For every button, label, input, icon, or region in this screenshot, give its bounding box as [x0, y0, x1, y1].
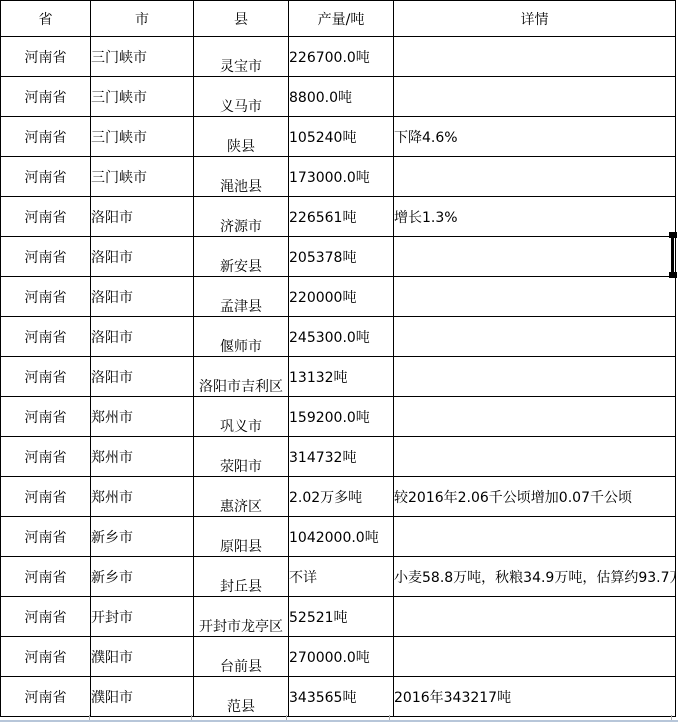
cell-county[interactable]: 偃师市 [194, 317, 289, 357]
cell-city[interactable]: 郑州市 [91, 397, 194, 437]
table-row: 河南省新乡市封丘县不详小麦58.8万吨，秋粮34.9万吨，估算约93.7万吨 [1, 557, 676, 597]
header-cell-province[interactable]: 省 [1, 1, 91, 37]
cell-county[interactable]: 陕县 [194, 117, 289, 157]
cell-province[interactable]: 河南省 [1, 517, 91, 557]
cell-province[interactable]: 河南省 [1, 677, 91, 717]
cell-county[interactable]: 灵宝市 [194, 37, 289, 77]
cell-city[interactable]: 濮阳市 [91, 677, 194, 717]
cell-city[interactable]: 洛阳市 [91, 277, 194, 317]
cell-city[interactable]: 三门峡市 [91, 77, 194, 117]
cell-production[interactable]: 8800.0吨 [289, 77, 394, 117]
cell-production[interactable]: 314732吨 [289, 437, 394, 477]
data-table: 省市县产量/吨详情 河南省三门峡市灵宝市226700.0吨河南省三门峡市义马市8… [0, 0, 676, 717]
table-body: 河南省三门峡市灵宝市226700.0吨河南省三门峡市义马市8800.0吨河南省三… [1, 37, 676, 717]
cell-province[interactable]: 河南省 [1, 557, 91, 597]
cell-city[interactable]: 三门峡市 [91, 157, 194, 197]
table-row: 河南省郑州市巩义市159200.0吨 [1, 397, 676, 437]
cell-city[interactable]: 新乡市 [91, 557, 194, 597]
cell-county[interactable]: 原阳县 [194, 517, 289, 557]
cell-province[interactable]: 河南省 [1, 237, 91, 277]
table-row: 河南省三门峡市灵宝市226700.0吨 [1, 37, 676, 77]
table-row: 河南省开封市开封市龙亭区52521吨 [1, 597, 676, 637]
cell-production[interactable]: 343565吨 [289, 677, 394, 717]
cell-county[interactable]: 渑池县 [194, 157, 289, 197]
cell-city[interactable]: 洛阳市 [91, 317, 194, 357]
cell-details[interactable] [394, 237, 676, 277]
cell-details[interactable] [394, 437, 676, 477]
cell-province[interactable]: 河南省 [1, 117, 91, 157]
cell-county[interactable]: 封丘县 [194, 557, 289, 597]
cell-county[interactable]: 开封市龙亭区 [194, 597, 289, 637]
cell-details[interactable] [394, 277, 676, 317]
cell-county[interactable]: 巩义市 [194, 397, 289, 437]
cell-details[interactable]: 较2016年2.06千公顷增加0.07千公顷 [394, 477, 676, 517]
cell-county[interactable]: 新安县 [194, 237, 289, 277]
cell-production[interactable]: 245300.0吨 [289, 317, 394, 357]
cell-details[interactable] [394, 357, 676, 397]
cell-city[interactable]: 郑州市 [91, 477, 194, 517]
cell-selection-border [671, 236, 674, 276]
table-row: 河南省三门峡市义马市8800.0吨 [1, 77, 676, 117]
cell-details[interactable]: 增长1.3% [394, 197, 676, 237]
cell-city[interactable]: 三门峡市 [91, 117, 194, 157]
table-row: 河南省洛阳市济源市226561吨增长1.3% [1, 197, 676, 237]
cell-province[interactable]: 河南省 [1, 277, 91, 317]
cell-production[interactable]: 226700.0吨 [289, 37, 394, 77]
table-row: 河南省郑州市惠济区2.02万多吨较2016年2.06千公顷增加0.07千公顷 [1, 477, 676, 517]
header-cell-production[interactable]: 产量/吨 [289, 1, 394, 37]
cell-details[interactable] [394, 597, 676, 637]
cell-production[interactable]: 13132吨 [289, 357, 394, 397]
table-row: 河南省洛阳市新安县205378吨 [1, 237, 676, 277]
cell-production[interactable]: 205378吨 [289, 237, 394, 277]
table-row: 河南省三门峡市渑池县173000.0吨 [1, 157, 676, 197]
cell-province[interactable]: 河南省 [1, 357, 91, 397]
cell-production[interactable]: 220000吨 [289, 277, 394, 317]
cell-city[interactable]: 开封市 [91, 597, 194, 637]
cell-province[interactable]: 河南省 [1, 437, 91, 477]
cell-county[interactable]: 义马市 [194, 77, 289, 117]
cell-city[interactable]: 新乡市 [91, 517, 194, 557]
cell-details[interactable] [394, 37, 676, 77]
cell-details[interactable] [394, 637, 676, 677]
cell-province[interactable]: 河南省 [1, 37, 91, 77]
cell-details[interactable] [394, 317, 676, 357]
cell-province[interactable]: 河南省 [1, 597, 91, 637]
table-row: 河南省三门峡市陕县105240吨下降4.6% [1, 117, 676, 157]
selection-handle-bottom[interactable] [669, 272, 677, 278]
cell-city[interactable]: 洛阳市 [91, 357, 194, 397]
cell-city[interactable]: 郑州市 [91, 437, 194, 477]
cell-province[interactable]: 河南省 [1, 477, 91, 517]
cell-production[interactable]: 226561吨 [289, 197, 394, 237]
cell-details[interactable] [394, 397, 676, 437]
header-cell-details[interactable]: 详情 [394, 1, 676, 37]
cell-details[interactable]: 小麦58.8万吨，秋粮34.9万吨，估算约93.7万吨 [394, 557, 676, 597]
header-row: 省市县产量/吨详情 [1, 1, 676, 37]
cell-details[interactable] [394, 77, 676, 117]
cell-city[interactable]: 濮阳市 [91, 637, 194, 677]
table-row: 河南省新乡市原阳县1042000.0吨 [1, 517, 676, 557]
table-row: 河南省洛阳市洛阳市吉利区13132吨 [1, 357, 676, 397]
cell-details[interactable] [394, 157, 676, 197]
cell-province[interactable]: 河南省 [1, 77, 91, 117]
table-row: 河南省濮阳市范县343565吨2016年343217吨 [1, 677, 676, 717]
cell-production[interactable]: 159200.0吨 [289, 397, 394, 437]
cell-county[interactable]: 惠济区 [194, 477, 289, 517]
cell-province[interactable]: 河南省 [1, 637, 91, 677]
header-cell-county[interactable]: 县 [194, 1, 289, 37]
cell-county[interactable]: 范县 [194, 677, 289, 717]
cell-county[interactable]: 济源市 [194, 197, 289, 237]
cell-production[interactable]: 270000.0吨 [289, 637, 394, 677]
cell-details[interactable] [394, 517, 676, 557]
header-cell-city[interactable]: 市 [91, 1, 194, 37]
cell-county[interactable]: 台前县 [194, 637, 289, 677]
cell-county[interactable]: 孟津县 [194, 277, 289, 317]
cell-county[interactable]: 荥阳市 [194, 437, 289, 477]
cell-production[interactable]: 不详 [289, 557, 394, 597]
cell-province[interactable]: 河南省 [1, 197, 91, 237]
cell-province[interactable]: 河南省 [1, 397, 91, 437]
cell-production[interactable]: 105240吨 [289, 117, 394, 157]
table-row: 河南省洛阳市偃师市245300.0吨 [1, 317, 676, 357]
cell-city[interactable]: 洛阳市 [91, 197, 194, 237]
cell-county[interactable]: 洛阳市吉利区 [194, 357, 289, 397]
cell-city[interactable]: 三门峡市 [91, 37, 194, 77]
cell-province[interactable]: 河南省 [1, 157, 91, 197]
selection-handle-top[interactable] [669, 232, 677, 238]
cell-production[interactable]: 1042000.0吨 [289, 517, 394, 557]
table-row: 河南省洛阳市孟津县220000吨 [1, 277, 676, 317]
table-row: 河南省郑州市荥阳市314732吨 [1, 437, 676, 477]
cell-province[interactable]: 河南省 [1, 317, 91, 357]
cell-details[interactable]: 2016年343217吨 [394, 677, 676, 717]
spreadsheet-view: 省市县产量/吨详情 河南省三门峡市灵宝市226700.0吨河南省三门峡市义马市8… [0, 0, 678, 722]
cell-production[interactable]: 2.02万多吨 [289, 477, 394, 517]
cell-details[interactable]: 下降4.6% [394, 117, 676, 157]
cell-production[interactable]: 52521吨 [289, 597, 394, 637]
table-row: 河南省濮阳市台前县270000.0吨 [1, 637, 676, 677]
cell-production[interactable]: 173000.0吨 [289, 157, 394, 197]
cell-city[interactable]: 洛阳市 [91, 237, 194, 277]
